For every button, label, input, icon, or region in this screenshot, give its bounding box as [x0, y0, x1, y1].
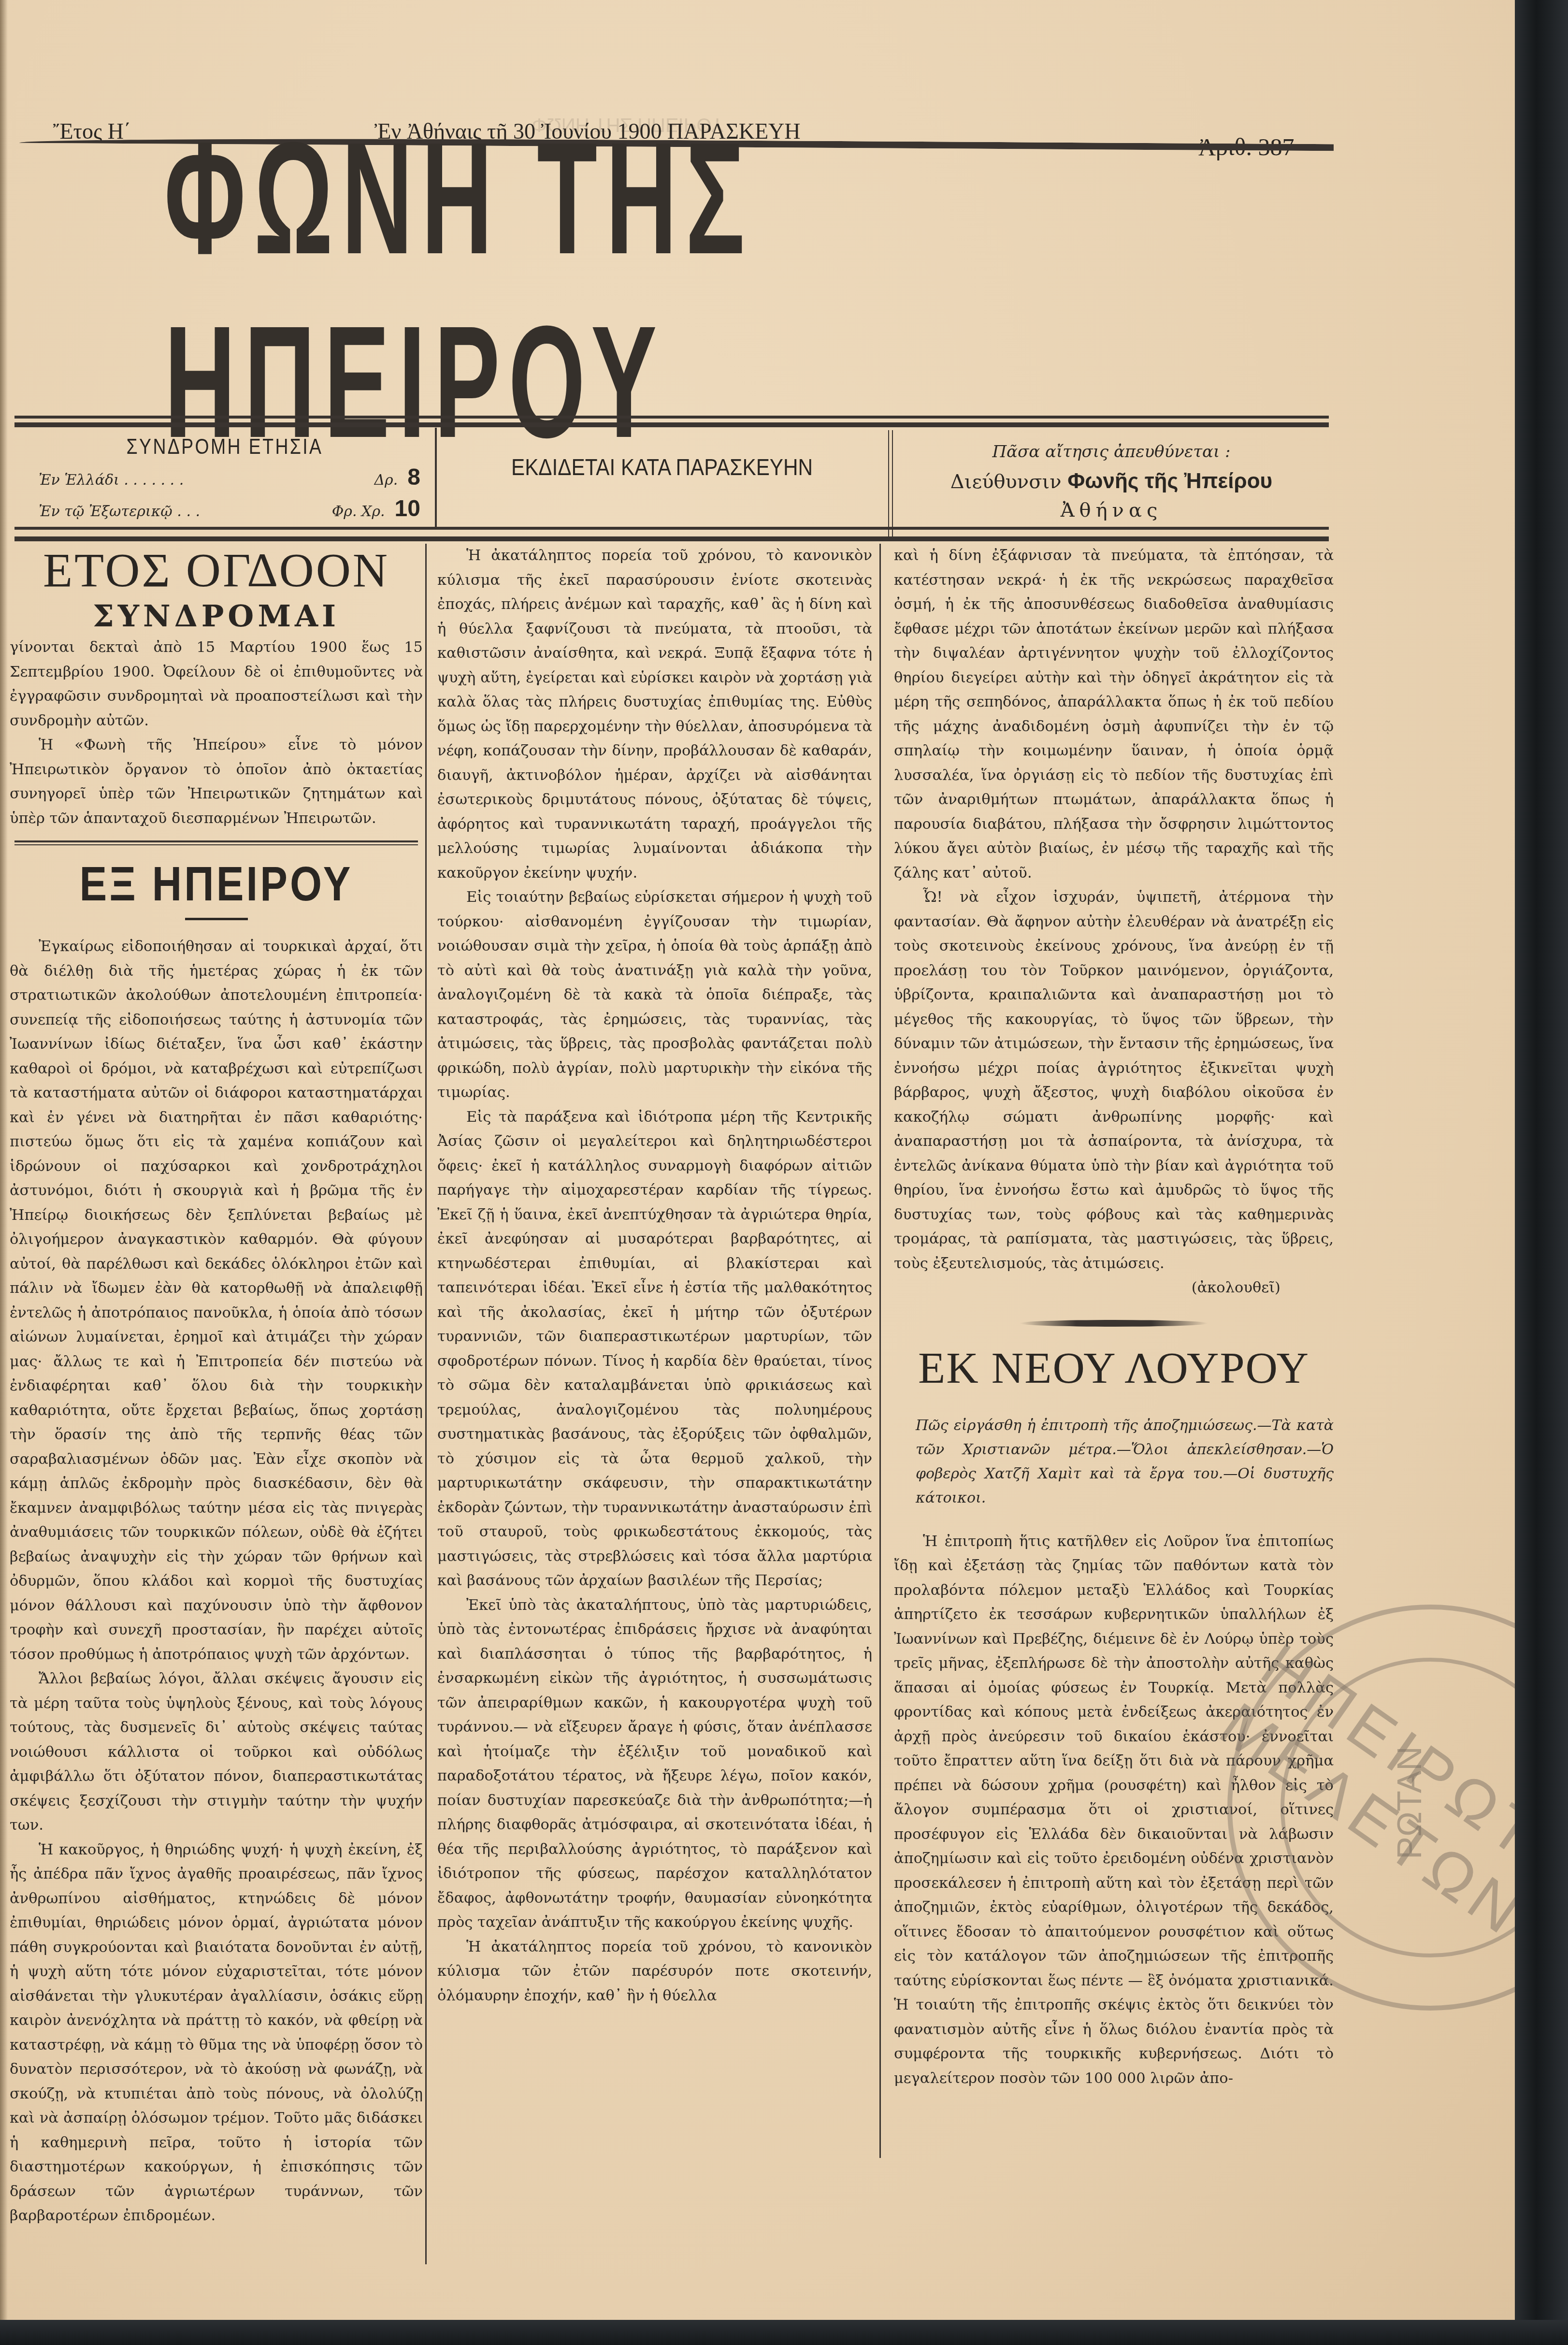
article-paragraph: Ἡ ἀκατάληπτος πορεία τοῦ χρόνου, τὸ κανο…: [437, 1935, 872, 2009]
notice-title: ΕΤΟΣ ΟΓΔΟΟΝ: [10, 544, 423, 597]
address-prefix: Διεύθυνσιν: [950, 471, 1062, 493]
article-title: ΕΚ ΝΕΟΥ ΛΟΥΡΟΥ: [894, 1341, 1334, 1394]
newspaper-page: ΦΩΝΗ ΤΗΣ ΗΠΕΙΡΟΥ Ἔτος Η΄ Ἐν Ἀθήναις τῇ 3…: [0, 0, 1522, 2320]
binding-bottom-edge: [0, 2320, 1568, 2345]
subscription-unit: Δρ.: [374, 472, 398, 489]
masthead-title: ΦΩΝΗ ΤΗΣ ΗΠΕΙΡΟΥ: [164, 193, 1183, 387]
article-paragraph: Ἐκεῖ ὑπὸ τὰς ἀκαταλήπτους, ὑπὸ τὰς μαρτυ…: [437, 1593, 872, 1935]
article-summary: Πῶς εἰργάσθη ἡ ἐπιτροπὴ τῆς ἀποζημιώσεως…: [894, 1414, 1334, 1510]
address-city: Ἀθήνας: [892, 499, 1331, 521]
subscription-row-abroad: Ἐν τῷ Ἐξωτερικῷ . . . Φρ. Χρ.10: [19, 495, 430, 522]
subscription-unit: Φρ. Χρ.: [332, 503, 385, 520]
subscription-title: ΣΥΝΔΡΟΜΗ ΕΤΗΣΙΑ: [50, 435, 400, 459]
address-newspaper-name: Φωνῆς τῆς Ἠπείρου: [1067, 469, 1272, 493]
article-paragraph: Ἐγκαίρως εἰδοποιήθησαν αἱ τουρκικαὶ ἀρχα…: [10, 935, 423, 1667]
notice-paragraph: γίνονται δεκταὶ ἀπὸ 15 Μαρτίου 1900 ἕως …: [10, 636, 423, 733]
article-paragraph: Ἡ κακοῦργος, ἡ θηριώδης ψυχή· ἡ ψυχὴ ἐκε…: [10, 1838, 423, 2229]
article-paragraph: Ὦ! νὰ εἶχον ἰσχυράν, ὑψιπετῆ, ἀτέρμονα τ…: [894, 885, 1334, 1276]
title-underline: [185, 918, 248, 920]
section-rule: [14, 840, 418, 845]
address-line: Διεύθυνσιν Φωνῆς τῆς Ἠπείρου: [892, 469, 1331, 493]
column-1: ΕΤΟΣ ΟΓΔΟΟΝ ΣΥΝΔΡΟΜΑΙ γίνονται δεκταὶ ἀπ…: [10, 544, 423, 2229]
article-paragraph: καὶ ἡ δίνη ἐξάφνισαν τὰ πνεύματα, τὰ ἐπτ…: [894, 544, 1334, 885]
article-paragraph: Ἡ ἐπιτροπὴ ἥτις κατῆλθεν εἰς Λοῦρον ἵνα …: [894, 1530, 1334, 2091]
stamp-inner-text: ΡΩΤΑΝ: [1390, 1746, 1429, 1859]
subscription-label: Ἐν Ἑλλάδι . . . . . . .: [39, 472, 184, 489]
book-binding: [1515, 0, 1568, 2345]
column-3: καὶ ἡ δίνη ἐξάφνισαν τὰ πνεύματα, τὰ ἐπτ…: [894, 544, 1334, 2091]
section-title: ΕΞ ΗΠΕΙΡΟΥ: [41, 855, 392, 913]
address-box: Πᾶσα αἴτησις ἀπευθύνεται : Διεύθυνσιν Φω…: [892, 425, 1331, 527]
header-divider: [435, 428, 437, 529]
subscription-box: ΣΥΝΔΡΟΜΗ ΕΤΗΣΙΑ Ἐν Ἑλλάδι . . . . . . . …: [19, 425, 430, 527]
subscription-label: Ἐν τῷ Ἐξωτερικῷ . . .: [39, 503, 200, 520]
article-paragraph: Ἡ ἀκατάληπτος πορεία τοῦ χρόνου, τὸ κανο…: [437, 544, 872, 885]
ornamental-divider: [1020, 1320, 1208, 1327]
subscription-amount: 10: [395, 496, 420, 521]
article-paragraph: Ἄλλοι βεβαίως λόγοι, ἄλλαι σκέψεις ἄγουσ…: [10, 1667, 423, 1838]
column-divider: [425, 544, 427, 2264]
page-gutter-shadow: [0, 0, 8, 2320]
article-paragraph: Εἰς τὰ παράξενα καὶ ἰδιότροπα μέρη τῆς Κ…: [437, 1105, 872, 1593]
notice-paragraph: Ἡ «Φωνὴ τῆς Ἠπείρου» εἶνε τὸ μόνον Ἠπειρ…: [10, 733, 423, 831]
address-intro: Πᾶσα αἴτησις ἀπευθύνεται :: [892, 442, 1331, 462]
notice-subtitle: ΣΥΝΔΡΟΜΑΙ: [10, 597, 423, 636]
column-2: Ἡ ἀκατάληπτος πορεία τοῦ χρόνου, τὸ κανο…: [437, 544, 872, 2008]
subscription-row-domestic: Ἐν Ἑλλάδι . . . . . . . Δρ.8: [19, 464, 430, 491]
header-bottom-rule: [14, 527, 1329, 541]
article-paragraph: Εἰς τοιαύτην βεβαίως εὑρίσκεται σήμερον …: [437, 885, 872, 1105]
subscription-amount: 8: [407, 464, 420, 490]
continued-note: (ἀκολουθεῖ): [894, 1276, 1334, 1301]
column-divider: [879, 544, 881, 2158]
